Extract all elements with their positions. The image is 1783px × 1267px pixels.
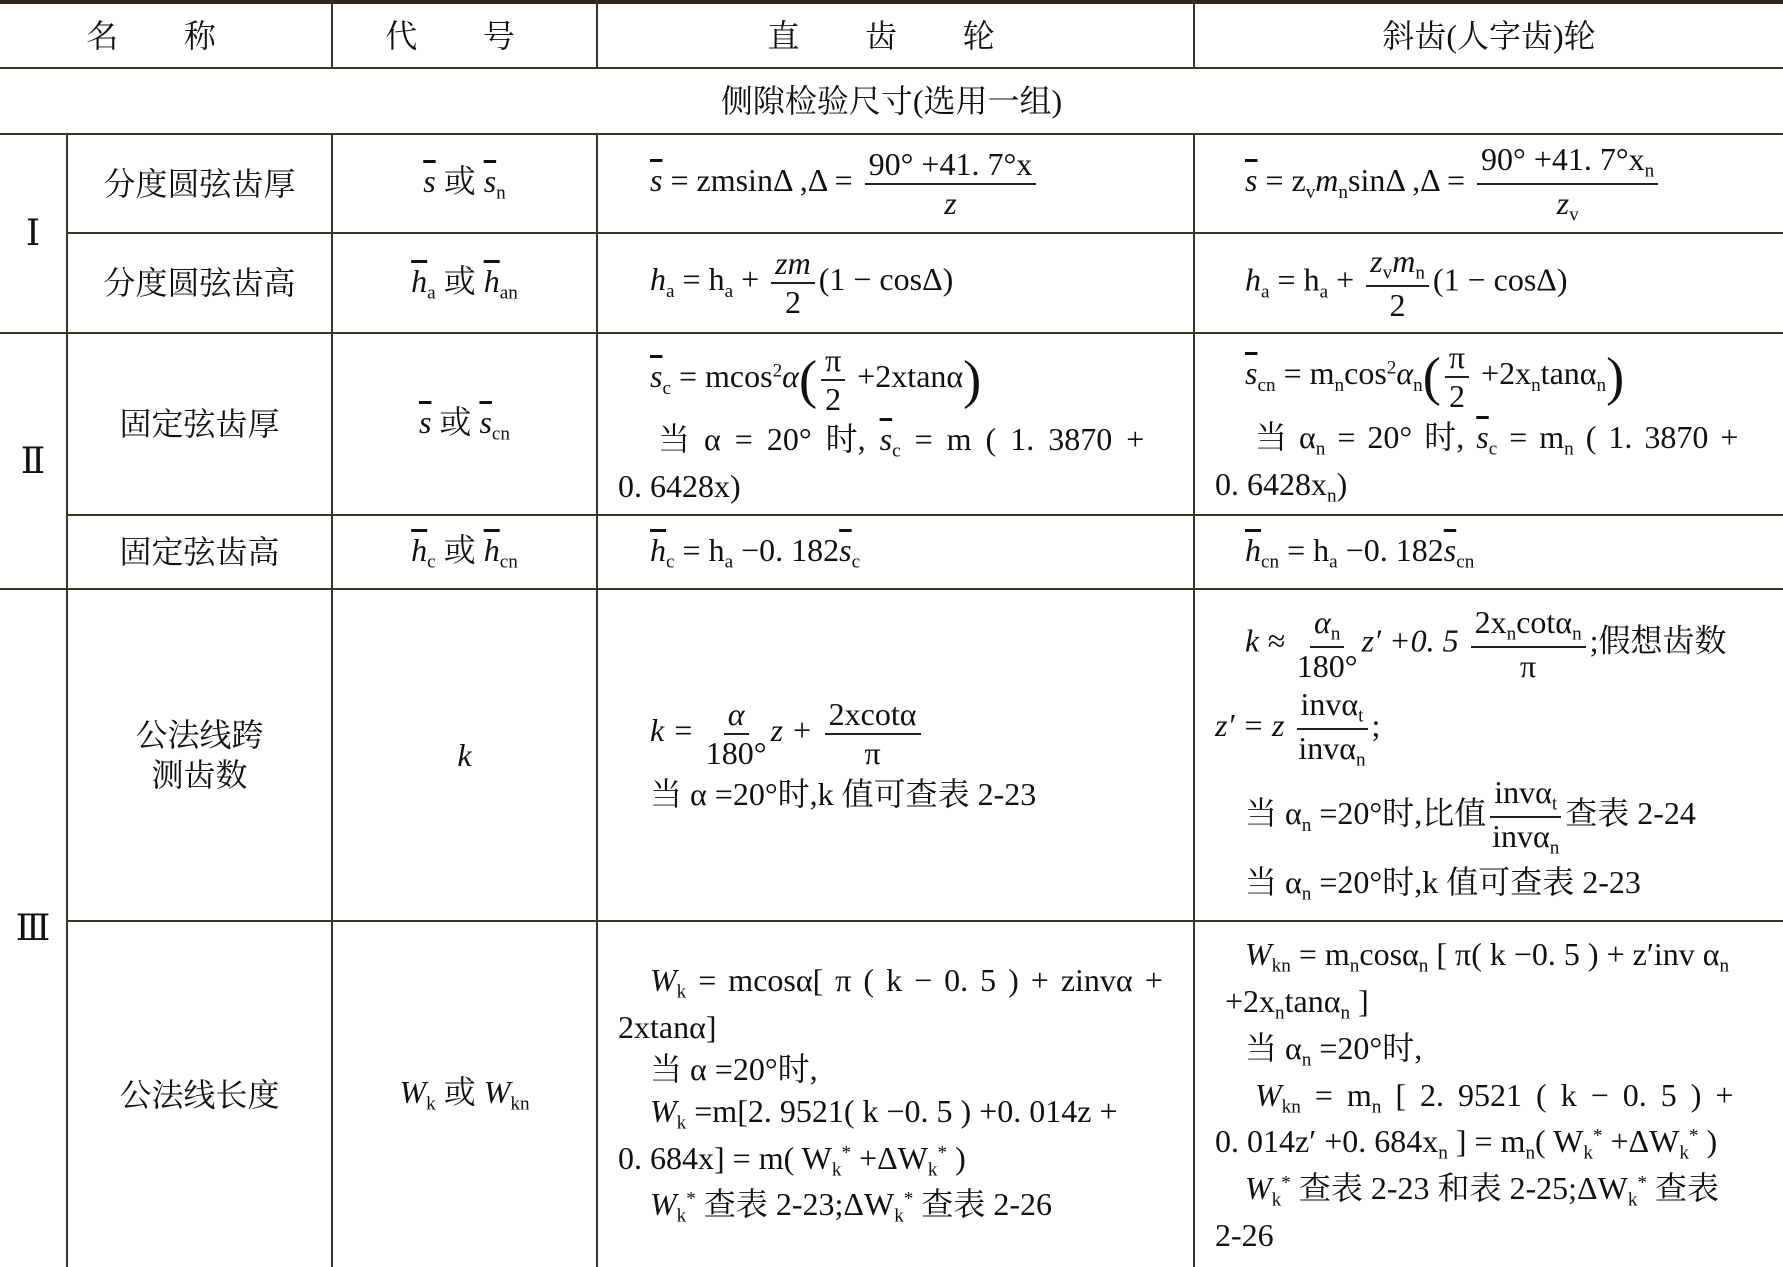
row-code: s 或 scn [333, 334, 596, 514]
helical-formula: ha = ha + zvmn2(1 − cosΔ) [1195, 234, 1783, 332]
row-name: 分度圆弦齿厚 [68, 135, 331, 232]
spur-formula: Wk = mcosα[ π ( k − 0. 5 ) + zinvα + 2xt… [598, 922, 1193, 1267]
row-code: k [333, 590, 596, 920]
spur-formula: ha = ha + zm2(1 − cosΔ) [598, 234, 1193, 332]
group-label-3: Ⅲ [0, 590, 66, 1267]
spur-formula: s = zmsinΔ ,Δ = 90° +41. 7°xz [598, 135, 1193, 232]
spur-formula: hc = ha −0. 182sc [598, 516, 1193, 588]
row-name: 公法线跨 测齿数 [68, 590, 331, 920]
header-spur-gear: 直 齿 轮 [598, 4, 1193, 67]
row-name: 分度圆弦齿高 [68, 234, 331, 332]
helical-formula: Wkn = mncosαn [ π( k −0. 5 ) + z′inv αn … [1195, 922, 1783, 1267]
header-name: 名 称 [0, 4, 331, 67]
group-label-1: Ⅰ [0, 135, 66, 332]
row-name: 固定弦齿高 [68, 516, 331, 588]
row-code: ha 或 han [333, 234, 596, 332]
gear-inspection-table: 名 称 代 号 直 齿 轮 斜齿(人字齿)轮 侧隙检验尺寸(选用一组) Ⅰ Ⅱ … [0, 0, 1783, 1267]
helical-formula: s = zvmnsinΔ ,Δ = 90° +41. 7°xnzv [1195, 135, 1783, 232]
helical-formula: scn = mncos2αn(π2 +2xntanαn) 当 αn = 20° … [1195, 334, 1783, 514]
section-title: 侧隙检验尺寸(选用一组) [0, 69, 1783, 133]
helical-formula: hcn = ha −0. 182scn [1195, 516, 1783, 588]
header-helical-gear: 斜齿(人字齿)轮 [1195, 4, 1783, 67]
spur-formula: sc = mcos2α(π2 +2xtanα) 当 α = 20° 时, sc … [598, 334, 1193, 514]
row-name: 公法线长度 [68, 922, 331, 1267]
spur-formula: k = α180°z + 2xcotαπ 当 α =20°时,k 值可查表 2-… [598, 590, 1193, 920]
row-code: s 或 sn [333, 135, 596, 232]
row-name: 固定弦齿厚 [68, 334, 331, 514]
row-code: hc 或 hcn [333, 516, 596, 588]
group-label-2: Ⅱ [0, 334, 66, 588]
row-code: Wk 或 Wkn [333, 922, 596, 1267]
helical-formula: k ≈ αn180°z′ +0. 5 2xncotαnπ;假想齿数 z′ = z… [1195, 590, 1783, 920]
header-code: 代 号 [333, 4, 596, 67]
